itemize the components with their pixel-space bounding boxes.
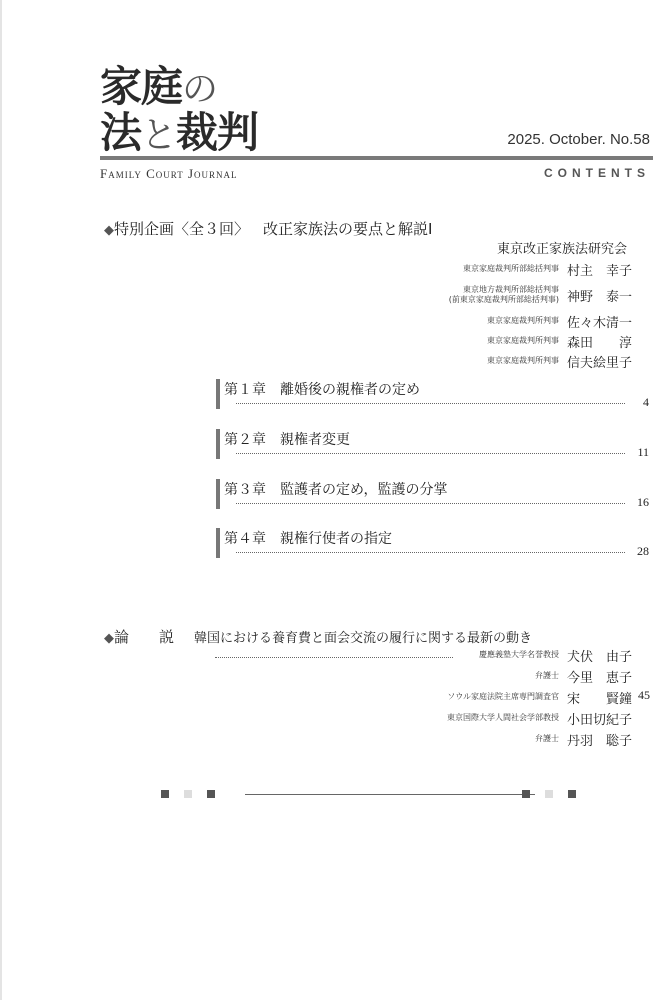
square-icon: [568, 790, 576, 798]
author-name: 信夫絵里子: [567, 352, 627, 371]
author-affiliation: 東京国際大学人間社会学部教授: [447, 713, 559, 723]
essay-title: 韓国における養育費と面会交流の履行に関する最新の動き: [194, 631, 532, 646]
author-affiliation: 弁護士: [535, 734, 559, 744]
journal-logo: 家庭の 法と裁判: [100, 66, 258, 158]
chapter-page: 11: [637, 445, 649, 460]
square-icon: [184, 790, 192, 798]
author-row: 東京国際大学人間社会学部教授 小田切紀子: [367, 709, 627, 728]
author-name: 丹羽 聡子: [567, 730, 627, 749]
logo-particle: と: [141, 115, 176, 156]
chapter-label: 第３章監護者の定め，監護の分掌: [224, 479, 447, 499]
logo-line-1: 家庭の: [100, 66, 258, 112]
leader-dots: [236, 453, 625, 454]
author-affiliation: ソウル家庭法院主席専門調査官: [447, 692, 559, 702]
essay-authors: 慶應義塾大学名誉教授 犬伏 由子 弁護士 今里 恵子 ソウル家庭法院主席専門調査…: [367, 646, 627, 751]
author-affiliation-former: (前東京家庭裁判所部総括判事): [449, 295, 559, 304]
author-row: 弁護士 今里 恵子: [367, 667, 627, 686]
chapter-page: 4: [643, 395, 649, 410]
chapter-page: 16: [637, 495, 649, 510]
chapter-number: 第３章: [224, 482, 266, 498]
contents-heading: CONTENTS: [544, 166, 650, 180]
chapter-entry-2[interactable]: 第２章親権者変更 11: [216, 429, 651, 461]
author-affiliation: 弁護士: [535, 671, 559, 681]
logo-line-2: 法と裁判: [100, 112, 258, 158]
essay-page: 45: [638, 688, 650, 703]
author-affiliation: 東京家庭裁判所部総括判事: [463, 264, 559, 274]
logo-text: 家庭: [100, 62, 182, 111]
author-affiliation: 慶應義塾大学名誉教授: [479, 650, 559, 660]
chapter-label: 第４章親権行使者の指定: [224, 528, 392, 548]
author-row: 東京家庭裁判所判事 森田 淳: [367, 332, 627, 350]
chapter-number: 第２章: [224, 432, 266, 448]
square-icon: [522, 790, 530, 798]
journal-english-title: Family Court Journal: [100, 166, 238, 182]
chapter-title: 監護者の定め，監護の分掌: [280, 482, 447, 498]
feature-title: 改正家族法の要点と解説Ⅰ: [263, 220, 432, 238]
author-row: 弁護士 丹羽 聡子: [367, 730, 627, 749]
author-row: ソウル家庭法院主席専門調査官 宋 賢鐘: [367, 688, 627, 707]
author-affiliation: 東京家庭裁判所判事: [487, 356, 559, 366]
author-affiliation: 東京地方裁判所部総括判事 (前東京家庭裁判所部総括判事): [449, 285, 559, 306]
author-row: 東京家庭裁判所部総括判事 村主 幸子: [367, 260, 627, 278]
chapter-title: 離婚後の親権者の定め: [280, 382, 420, 398]
leader-dots: [236, 503, 625, 504]
chapter-bar: [216, 528, 220, 558]
logo-text: 法: [100, 108, 141, 157]
page-edge: [0, 0, 2, 1000]
author-name: 小田切紀子: [567, 709, 627, 728]
author-name: 今里 恵子: [567, 667, 627, 686]
author-row: 慶應義塾大学名誉教授 犬伏 由子: [367, 646, 627, 665]
diamond-bullet-icon: ◆: [104, 631, 114, 646]
author-affiliation-current: 東京地方裁判所部総括判事: [463, 285, 559, 294]
author-name: 村主 幸子: [567, 260, 627, 279]
chapter-bar: [216, 429, 220, 459]
chapter-bar: [216, 379, 220, 409]
author-row: 東京家庭裁判所判事 信夫絵里子: [367, 352, 627, 370]
diamond-bullet-icon: ◆: [104, 223, 114, 238]
chapter-label: 第２章親権者変更: [224, 429, 350, 449]
author-affiliation: 東京家庭裁判所判事: [487, 336, 559, 346]
chapter-label: 第１章離婚後の親権者の定め: [224, 379, 420, 399]
feature-heading[interactable]: ◆特別企画〈全３回〉改正家族法の要点と解説Ⅰ: [104, 218, 432, 239]
logo-particle: の: [182, 69, 217, 110]
author-name: 佐々木清一: [567, 312, 627, 331]
chapter-page: 28: [637, 544, 649, 559]
header-rule: [100, 156, 653, 160]
feature-series: 特別企画〈全３回〉: [114, 220, 249, 238]
author-name: 神野 泰一: [567, 286, 627, 305]
square-icon: [161, 790, 169, 798]
ornament-line: [245, 794, 535, 795]
chapter-number: 第４章: [224, 531, 266, 547]
square-icon: [207, 790, 215, 798]
logo-text: 裁判: [176, 108, 258, 157]
essay-category: 論説: [114, 626, 194, 647]
leader-dots: [236, 403, 625, 404]
author-row: 東京家庭裁判所判事 佐々木清一: [367, 312, 627, 330]
chapter-bar: [216, 479, 220, 509]
feature-group: 東京改正家族法研究会: [497, 238, 627, 257]
chapter-number: 第１章: [224, 382, 266, 398]
essay-heading[interactable]: ◆論説韓国における養育費と面会交流の履行に関する最新の動き: [104, 626, 532, 647]
square-icon: [545, 790, 553, 798]
author-row: 東京地方裁判所部総括判事 (前東京家庭裁判所部総括判事) 神野 泰一: [367, 280, 627, 310]
leader-dots: [236, 552, 625, 553]
author-name: 宋 賢鐘: [567, 688, 627, 707]
chapter-entry-1[interactable]: 第１章離婚後の親権者の定め 4: [216, 379, 651, 411]
chapter-title: 親権者変更: [280, 432, 350, 448]
author-name: 犬伏 由子: [567, 646, 627, 665]
author-affiliation: 東京家庭裁判所判事: [487, 316, 559, 326]
chapter-entry-4[interactable]: 第４章親権行使者の指定 28: [216, 528, 651, 560]
footer-ornament: [161, 790, 577, 800]
issue-label: 2025. October. No.58: [507, 131, 650, 148]
feature-authors: 東京家庭裁判所部総括判事 村主 幸子 東京地方裁判所部総括判事 (前東京家庭裁判…: [367, 260, 627, 372]
chapter-entry-3[interactable]: 第３章監護者の定め，監護の分掌 16: [216, 479, 651, 511]
author-name: 森田 淳: [567, 332, 627, 351]
chapter-title: 親権行使者の指定: [280, 531, 392, 547]
